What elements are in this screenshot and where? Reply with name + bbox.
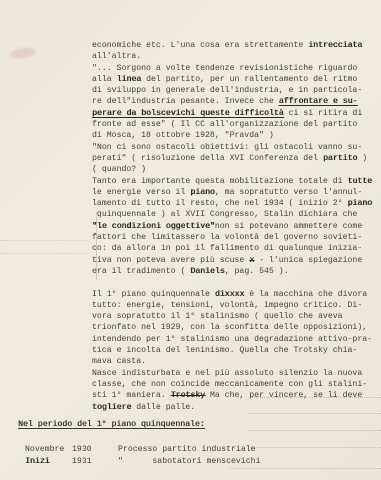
event-year: 1930 — [72, 444, 118, 456]
event-date: Inizi — [25, 456, 72, 468]
text-line: di Mosca, 18 ottobre 1928, "Pravda" ) — [92, 130, 378, 141]
ruled-line — [230, 468, 381, 469]
ruled-line — [0, 253, 88, 254]
pink-smudge-mark — [9, 46, 36, 60]
events-table: Novembre 1930 Processo partito industria… — [25, 444, 261, 467]
text-line: quinquennale ) al XVII Congresso, Stalin… — [92, 209, 378, 220]
text-line: di sviluppo in generale dell'industria, … — [92, 85, 378, 96]
text-line: alla linea del partito, per un rallentam… — [92, 74, 378, 85]
text-line: perati" ( risoluzione della XVI Conferen… — [92, 153, 378, 164]
text-line: vora sopratutto il 1° stalinismo ( quell… — [92, 311, 378, 322]
text-line: le energie verso il piano, ma sopratutto… — [92, 187, 378, 198]
text-line: togliere dalle palle. — [92, 402, 378, 413]
text-line: Nasce indisturbata e nel più assoluto si… — [92, 368, 378, 379]
text-line: fronte ad esse" ( Il CC all'organizzazio… — [92, 119, 378, 130]
event-description: " sabotatori menscevichi — [118, 456, 261, 468]
ruled-line — [248, 447, 381, 448]
text-line: perare da bolscevichi queste difficoltà … — [92, 108, 378, 119]
text-line: tiva non poteva avere più scuse x - l'un… — [92, 255, 378, 266]
ruled-line — [0, 240, 88, 241]
text-line: all'altra. — [92, 51, 378, 62]
text-line: fattori che limitassero la volontà del g… — [92, 232, 378, 243]
ruled-line — [248, 413, 381, 414]
event-date: Novembre — [25, 444, 72, 456]
event-year: 1931 — [72, 456, 118, 468]
text-line: economiche etc. L'una cosa era strettame… — [92, 40, 378, 51]
table-row: Novembre 1930 Processo partito industria… — [25, 444, 261, 456]
text-line: "le condizioni oggettive"non si potevano… — [92, 221, 378, 232]
text-line: classe, che non coincide meccanicamente … — [92, 379, 378, 390]
text-line: ( quando? ) — [92, 164, 378, 175]
text-line: re dell"industria pesante. Invece che af… — [92, 96, 378, 107]
text-line: tica e incolta del leninismo. Quella che… — [92, 345, 378, 356]
text-line: sti 1° maniera. Trotsky Ma che, per vinc… — [92, 390, 378, 401]
table-row: Inizi 1931 " sabotatori menscevichi — [25, 456, 261, 468]
text-line: "... Sorgono a volte tendenze revisionis… — [92, 63, 378, 74]
text-line: era il tradimento ( Daniels, pag. 545 ). — [92, 266, 378, 277]
text-line — [92, 277, 378, 288]
text-line: "Non ci sono ostacoli obiettivi: gli ost… — [92, 142, 378, 153]
scanned-page: economiche etc. L'una cosa era strettame… — [0, 0, 381, 480]
typewritten-body: economiche etc. L'una cosa era strettame… — [92, 40, 378, 413]
section-heading: Nel periodo del 1° piano quinquennale: — [18, 420, 205, 429]
text-line: tutto: energie, tensioni, volontà, impeg… — [92, 300, 378, 311]
text-line: Tanto era importante questa mobilitazion… — [92, 176, 378, 187]
text-line: intendendo per 1° stalinismo una degrada… — [92, 334, 378, 345]
text-line: mava casta. — [92, 356, 378, 367]
text-line: lamento di tutto il resto, che nel 1934 … — [92, 198, 378, 209]
text-line: co: da allora in poi il fallimento di qu… — [92, 243, 378, 254]
text-line: trionfato nel 1929, con la sconfitta del… — [92, 322, 378, 333]
ruled-line — [248, 430, 381, 431]
event-description: Processo partito industriale — [118, 444, 256, 456]
text-line: Il 1° piano quinquennale dixxxx è la mac… — [92, 289, 378, 300]
